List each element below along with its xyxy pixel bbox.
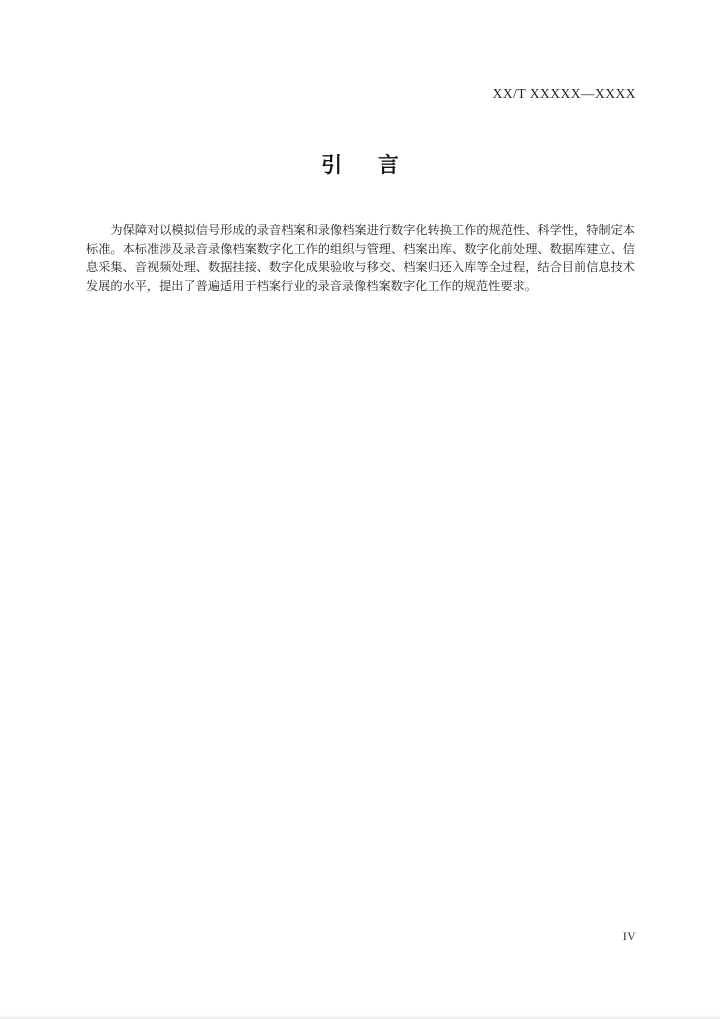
standard-doc-number: XX/T XXXXX—XXXX bbox=[86, 86, 636, 102]
page-number: IV bbox=[86, 931, 636, 943]
intro-paragraph: 为保障对以模拟信号形成的录音档案和录像档案进行数字化转换工作的规范性、科学性，特… bbox=[86, 221, 635, 295]
document-page: XX/T XXXXX—XXXX 引 言 为保障对以模拟信号形成的录音档案和录像档… bbox=[0, 0, 720, 1019]
page-bottom-edge bbox=[0, 1015, 720, 1019]
page-title: 引 言 bbox=[0, 150, 720, 182]
